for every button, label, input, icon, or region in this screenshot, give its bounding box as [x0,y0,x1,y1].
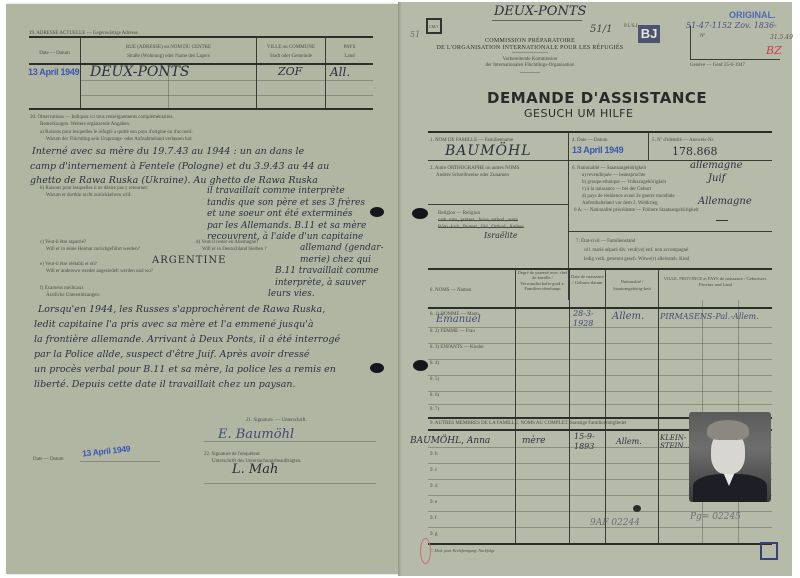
date-stamp: 13 April 1949 [572,145,623,155]
answer-b-line: il travaillait comme interprète [207,186,345,196]
col-names-header: 8. NOMS — Namen [430,288,471,294]
col-relation-header: Degré de parenté avec chef de famille / … [516,270,569,291]
member-row-label: 8. 4) [430,361,439,367]
other-member-row-label: 9. f [430,516,437,522]
divider [515,269,516,544]
other-member-row-label: 9. d [430,484,438,490]
divider [29,108,373,110]
other-member-relation: mère [522,436,546,446]
address-header-country-de: Land [326,54,373,60]
member-row-label: 8. 2) FEMME — Frau [430,329,475,335]
red-circle-mark [420,538,431,564]
question-d: d) Veut-il rester en Allemagne? [196,240,258,246]
divider [648,132,649,160]
address-header-street-de: Straße (Wohnung) oder Name des Lagers [81,54,256,60]
divider [690,26,691,59]
religion-options: cath. rom., protest., Juive, orthod., au… [438,218,518,224]
divider [428,204,568,205]
question-a: a) Raisons pour lesquelles le réfugié a … [40,130,193,136]
ethnic-group-value: Juif [708,173,725,184]
box-stamp [760,542,778,560]
nationality-label: 6. Nationalité — Staatsangehörigkeit [572,166,646,172]
nationality-c: c) à la naissance — bei der Geburt [582,187,651,193]
number-label: Nº [700,34,705,40]
form-code: P.I./S.I [624,24,637,30]
other-member-name: BAUMÖHL, Anna [410,436,490,446]
nationality-d: d) pays de résidence avant 2e guerre mon… [582,194,675,200]
question-b: b) Raisons pour lesquelles il ne désire … [40,186,148,192]
resettlement-value: ARGENTINE [152,255,226,266]
question-e-de: Will er anderswo wieder angesiedelt werd… [46,269,153,275]
answer-f-line: un procès verbal pour B.11 et sa mère, l… [34,364,336,375]
file-ref: 51/1 [590,24,612,35]
answer-a-line: camp d'internement à Fentele (Pologne) e… [30,161,329,172]
ink-blot [370,207,384,217]
question-c: c) Veut-il être rapatrié? [40,240,86,246]
row-line [428,327,772,328]
member-row-label: 8. 5) [430,377,439,383]
answer-a-line: Interné avec sa mère du 19.7.43 au 1944 … [32,146,304,157]
address-header-date: Date — Datum [29,51,80,57]
member-nationality: Allem. [612,311,644,322]
observations-label: 20. Observations — Indiquez ici tous ren… [30,115,174,121]
question-a-de: Warum der Flüchtling sein Ursprungs- ode… [46,137,193,143]
applicant-signature: E. Baumöhl [218,427,294,442]
civil-status-options-de: ledig verh. getrennt gesch. Witwe(r) all… [584,257,689,263]
family-name-value: BAUMÖHL [445,143,532,159]
address-date-stamp: 13 April 1949 [28,67,79,77]
ink-blot [370,363,384,373]
divider [569,269,570,544]
question-b-de: Warum er dorthin nicht zurückkehren will… [46,193,132,199]
answer-b-line: B.11 travaillait comme [275,266,379,276]
question-e: e) Veut-il être réétabli et où? [40,262,97,268]
signature-21-label: 21. Signature. — Unterschrift. [246,418,307,424]
answer-f-line: Lorsqu'en 1944, les Russes s'approchèren… [38,304,325,315]
nationality-value: allemagne [690,160,742,171]
date-label: Date — Datum [33,457,64,463]
id-label: 5. Nº d'identité — Ausweis-Nr. [652,138,714,144]
applicant-photo [689,412,771,502]
red-mark: BZ [766,44,782,57]
signature-line [204,483,376,484]
form-subtitle: GESUCH UM HILFE [524,107,633,120]
divider [568,231,772,232]
divider [428,543,772,545]
divider [80,80,373,81]
address-country-value: All. [330,65,350,79]
col-nationality-header: Nationalité / Staatsangehörig-keit [606,278,658,292]
answer-b-line: et une soeur ont été exterminés [207,209,353,219]
divider [512,52,548,53]
address-header-city-de: Stadt oder Gemeinde [257,54,325,60]
cm-box-text: CM/1 [429,24,438,30]
question-c-de: Will er in seine Heimat zurückgeführt we… [46,247,140,253]
other-member-row-label: 9. c [430,468,437,474]
answer-f-line: liberté. Depuis cette date il travaillai… [34,379,296,390]
other-member-row-label: 9. b [430,452,438,458]
member-row-label: 8. 7) [430,407,439,413]
reference-date: 31.5.49 [770,34,793,41]
signature-line [204,441,376,442]
page-fold [398,2,402,576]
photo-hair [707,420,749,440]
observations-label-de: Bemerkungen. Weitere ergänzende Angaben. [40,122,130,128]
member-birthdate: 28-3-1928 [573,309,607,329]
question-d-de: Will er in Deutschland bleiben ? [202,247,267,253]
member-row-label: 8. 3) ENFANTS — Kinder [430,345,484,351]
answer-b-line: leurs vies. [268,289,315,299]
question-f: f) Examens médicaux [40,286,84,292]
religion-label: Religion — Religion [438,211,480,217]
nationality-b: b) groupe ethnique — Volkszugehörigkeit [582,180,666,186]
answer-a-line: ghetto de Rawa Ruska (Ukraine). Au ghett… [30,175,318,186]
address-header-country: PAYS [326,45,373,51]
civil-status-options: cél. marié séparé div. veuf(ve) enf. non… [584,248,688,254]
residence-value: Allemagne [698,196,752,207]
member-birthplace: PIRMASENS-Pal.-Allem. [660,312,759,321]
divider [428,131,772,133]
divider [520,72,540,73]
col-birthplace-header: VILLE, PROVINCE et PAYS de naissance / G… [659,276,772,288]
answer-b-line: tandis que son père et ses 3 frères [207,198,365,208]
row-line [428,359,772,360]
other-member-nationality: Allem. [616,437,642,446]
nationality-d-de: Aufenthaltsland vor dem 2. Weltkrieg [582,201,657,207]
signature-22-label: 22. Signature de l'enquêteur. [204,452,261,458]
reference-number: 51-47-1152 Zov. 1836- [686,21,777,30]
date-label: 4. Date — Datum [572,138,608,144]
address-street-value: DEUX-PONTS [90,64,190,80]
org-line-1: COMMISSION PRÉPARATOIRE [430,38,630,44]
answer-b-line: interprète, à sauver [275,278,366,288]
religion-value: Israëlite [484,231,518,240]
footer-note: C. Mod. pour Rechtfertigung. Nachfolge [430,548,495,554]
bj-stamp: BJ [638,25,660,43]
address-header-street: RUE (ADRESSE) ou NOM DU CENTRE [81,45,256,51]
member-row-label: 8. 6) [430,393,439,399]
other-member-row-label: 9. e [430,500,437,506]
reference-code-1: 9AF 02244 [590,518,640,528]
ink-blot [412,208,428,219]
row-line [428,404,772,405]
row-line [428,391,772,392]
reference-code-2: Pg= 02245 [690,512,741,522]
answer-b-line: par les Allemands. B.11 et sa mère [207,221,366,231]
id-value: 178.868 [672,145,718,158]
divider [658,269,659,544]
other-members-label: 9. AUTRES MEMBRES DE LA FAMILLE. NOMS AU… [430,421,627,427]
member-name: Emanuel [436,314,481,325]
answer-f-line: par la Police allde, suspect d'être Juif… [34,349,309,360]
other-names-label: 2. Autre ORTHOGRAPHE ou autres NOMS [430,166,519,172]
original-stamp: ORIGINAL. [729,10,776,20]
answer-b-line: merie) chez qui [300,255,371,265]
civil-status-label: 7. État-civil — Familienstand [576,239,635,245]
address-header-city: VILLE ou COMMUNE [257,45,325,51]
org-de-line-2: der Internationalen Flüchtlings-Organisa… [430,63,630,69]
divider [428,268,772,270]
question-f-de: Ärztliche Unterstützungen: [46,293,100,299]
other-names-label-de: Andere Schreibweise oder Zunamen [436,173,509,179]
row-line [428,375,772,376]
col-birthdate-header: Date de naissance / Geburts-datum [570,274,605,286]
underline [492,20,582,21]
divider [690,59,780,60]
address-city-value: ZOF [278,65,302,78]
margin-number: 51 [410,30,420,39]
answer-f-line: ledit capitaine l'a pris avec sa mère et… [34,319,314,330]
other-member-birthdate: 15-9-1893 [574,432,606,452]
divider [80,95,373,96]
other-member-row-label: 9. g [430,532,438,538]
handwritten-place: DEUX-PONTS [494,4,586,19]
form-title: DEMANDE D'ASSISTANCE [487,89,707,107]
dash [716,220,728,221]
divider [29,63,373,65]
row-line [428,343,772,344]
nationality-6a: 6 A. — Nationalité précédente — Frühere … [574,208,699,214]
date-line [80,461,160,462]
answer-f-line: la frontière allemande. Arrivant à Deux … [34,334,340,345]
ink-spot [633,505,641,512]
org-line-2: DE L'ORGANISATION INTERNATIONALE POUR LE… [420,45,640,51]
nationality-a: a) revendiquée — beanspruchte [582,173,645,179]
geneva-date: Genève — Genf 25-6-1947 [690,63,745,69]
ink-blot [413,360,428,371]
investigator-signature: L. Mah [232,462,278,477]
answer-b-line: allemand (gendar- [300,243,384,253]
